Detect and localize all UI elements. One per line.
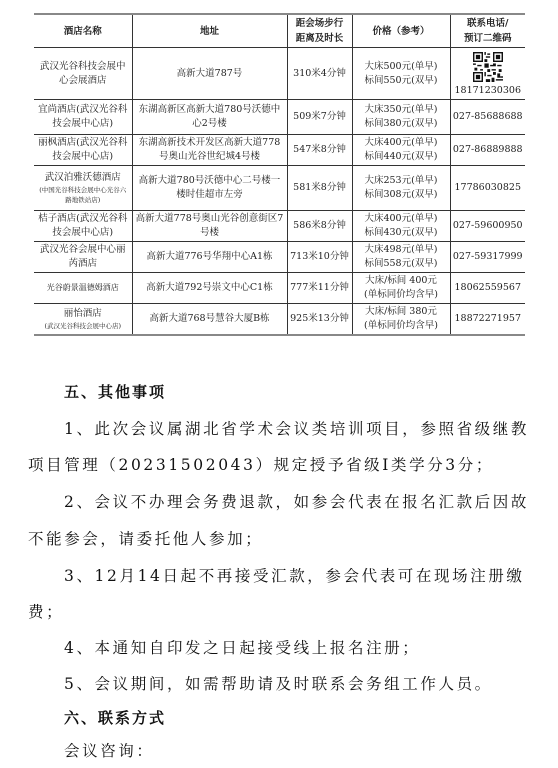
table-header-row: 酒店名称 地址 距会场步行距离及时长 价格（参考） 联系电话/预订二维码 [34, 14, 525, 48]
hotel-price: 大床400元(单早)标间440元(双早) [352, 135, 450, 166]
contact-phone: 18062559567 [450, 273, 525, 304]
consult-label: 会议咨询： [64, 739, 155, 761]
table-row: 桔子酒店(武汉光谷科技会展中心店) 高新大道778号奥山光谷创意街区7号楼 58… [34, 211, 525, 242]
hotel-price: 大床253元(单早)标间308元(双早) [352, 166, 450, 211]
hotel-address: 高新大道768号慧谷大厦B栋 [132, 304, 287, 336]
hotel-address: 东湖高新区高新大道780号沃德中心2号楼 [132, 100, 287, 135]
contact-phone: 027-86889888 [450, 135, 525, 166]
section-6-title: 六、联系方式 [64, 707, 166, 728]
header-contact-line1: 联系电话/ [467, 18, 508, 29]
hotel-distance: 509米7分钟 [287, 100, 352, 135]
header-distance-line1: 距会场步行 [296, 18, 344, 29]
price-line2: 标间380元(双早) [364, 118, 437, 129]
item-3-line-1: 3、12月14日起不再接受汇款，参会代表可在现场注册缴 [64, 564, 525, 586]
hotel-address: 高新大道776号华翔中心A1栋 [132, 242, 287, 273]
table-row: 丽怡酒店(武汉光谷科技会展中心店) 高新大道768号慧谷大厦B栋 925米13分… [34, 304, 525, 336]
price-line2: 标间558元(双早) [364, 258, 437, 269]
hotel-distance: 586米8分钟 [287, 211, 352, 242]
table-row: 武汉光谷科技会展中心会展酒店 高新大道787号 310米4分钟 大床500元(单… [34, 48, 525, 100]
hotel-price: 大床/标间 380元(单标同价均含早) [352, 304, 450, 336]
table-row: 武汉光谷会展中心丽芮酒店 高新大道776号华翔中心A1栋 713米10分钟 大床… [34, 242, 525, 273]
table-row: 丽枫酒店(武汉光谷科技会展中心店) 东湖高新技术开发区高新大道778号奥山光谷世… [34, 135, 525, 166]
hotel-name-main: 武汉泊雅沃德酒店 [45, 172, 121, 183]
hotel-distance: 581米8分钟 [287, 166, 352, 211]
hotel-price: 大床400元(单早)标间430元(双早) [352, 211, 450, 242]
section-5-title: 五、其他事项 [64, 381, 166, 402]
table-row: 武汉泊雅沃德酒店(中国光谷科技会展中心光谷六路地铁站店) 高新大道780号沃德中… [34, 166, 525, 211]
header-hotel-name: 酒店名称 [34, 14, 132, 48]
hotel-address: 高新大道780号沃德中心二号楼一楼时佳超市左旁 [132, 166, 287, 211]
header-distance: 距会场步行距离及时长 [287, 14, 352, 48]
qr-code-icon[interactable] [473, 52, 503, 82]
header-contact-line2: 预订二维码 [464, 33, 512, 44]
contact-phone: 027-85688688 [450, 100, 525, 135]
item-1-line-2: 项目管理（20231502043）规定授予省级Ⅰ类学分3分； [28, 453, 494, 475]
price-line2: (单标同价均含早) [364, 320, 438, 331]
hotel-distance: 713米10分钟 [287, 242, 352, 273]
hotel-table: 酒店名称 地址 距会场步行距离及时长 价格（参考） 联系电话/预订二维码 武汉光… [34, 13, 525, 336]
hotel-name: 丽怡酒店(武汉光谷科技会展中心店) [34, 304, 132, 336]
header-address: 地址 [132, 14, 287, 48]
price-line1: 大床253元(单早) [364, 175, 437, 186]
price-line2: 标间440元(双早) [364, 151, 437, 162]
hotel-address: 东湖高新技术开发区高新大道778号奥山光谷世纪城4号楼 [132, 135, 287, 166]
header-price: 价格（参考） [352, 14, 450, 48]
hotel-distance: 777米11分钟 [287, 273, 352, 304]
header-distance-line2: 距离及时长 [296, 33, 344, 44]
hotel-name: 武汉泊雅沃德酒店(中国光谷科技会展中心光谷六路地铁站店) [34, 166, 132, 211]
hotel-name: 武汉光谷会展中心丽芮酒店 [34, 242, 132, 273]
price-line1: 大床400元(单早) [364, 213, 437, 224]
hotel-name: 宜尚酒店(武汉光谷科技会展中心店) [34, 100, 132, 135]
price-line1: 大床500元(单早) [364, 61, 437, 72]
price-line1: 大床400元(单早) [364, 137, 437, 148]
hotel-address: 高新大道778号奥山光谷创意街区7号楼 [132, 211, 287, 242]
price-line2: (单标同价均含早) [364, 289, 438, 300]
price-line2: 标间550元(双早) [364, 75, 437, 86]
hotel-name-sub: (武汉光谷科技会展中心店) [36, 321, 130, 331]
contact-phone: 027-59600950 [450, 211, 525, 242]
price-line1: 大床/标间 380元 [365, 306, 437, 317]
hotel-price: 大床498元(单早)标间558元(双早) [352, 242, 450, 273]
hotel-address: 高新大道787号 [132, 48, 287, 100]
hotel-distance: 925米13分钟 [287, 304, 352, 336]
hotel-price: 大床500元(单早)标间550元(双早) [352, 48, 450, 100]
hotel-name: 桔子酒店(武汉光谷科技会展中心店) [34, 211, 132, 242]
item-5: 5、会议期间，如需帮助请及时联系会务组工作人员。 [64, 672, 493, 694]
hotel-price: 大床350元(单早)标间380元(双早) [352, 100, 450, 135]
price-line1: 大床/标间 400元 [365, 275, 437, 286]
hotel-name-sub: (中国光谷科技会展中心光谷六路地铁站店) [36, 185, 130, 205]
price-line1: 大床498元(单早) [364, 244, 437, 255]
price-line2: 标间308元(双早) [364, 189, 437, 200]
contact-phone: 18171230306 [455, 85, 522, 96]
hotel-price: 大床/标间 400元(单标同价均含早) [352, 273, 450, 304]
hotel-name: 光谷蔚景温德姆酒店 [34, 273, 132, 304]
hotel-contact: 18171230306 [450, 48, 525, 100]
hotel-distance: 547米8分钟 [287, 135, 352, 166]
item-2-line-1: 2、会议不办理会务费退款，如参会代表在报名汇款后因故 [64, 490, 529, 512]
hotel-name: 丽枫酒店(武汉光谷科技会展中心店) [34, 135, 132, 166]
price-line1: 大床350元(单早) [364, 104, 437, 115]
hotel-address: 高新大道792号崇文中心C1栋 [132, 273, 287, 304]
hotel-name-main: 丽怡酒店 [64, 308, 102, 319]
table-row: 宜尚酒店(武汉光谷科技会展中心店) 东湖高新区高新大道780号沃德中心2号楼 5… [34, 100, 525, 135]
table-row: 光谷蔚景温德姆酒店 高新大道792号崇文中心C1栋 777米11分钟 大床/标间… [34, 273, 525, 304]
contact-phone: 027-59317999 [450, 242, 525, 273]
hotel-name: 武汉光谷科技会展中心会展酒店 [34, 48, 132, 100]
price-line2: 标间430元(双早) [364, 227, 437, 238]
item-1-line-1: 1、此次会议属湖北省学术会议类培训项目，参照省级继教 [64, 417, 529, 439]
item-4: 4、本通知自印发之日起接受线上报名注册； [64, 636, 420, 658]
item-3-line-2: 费； [28, 600, 64, 622]
item-2-line-2: 不能参会，请委托他人参加； [28, 527, 263, 549]
header-contact: 联系电话/预订二维码 [450, 14, 525, 48]
contact-phone: 18872271957 [450, 304, 525, 336]
contact-phone: 17786030825 [450, 166, 525, 211]
hotel-distance: 310米4分钟 [287, 48, 352, 100]
